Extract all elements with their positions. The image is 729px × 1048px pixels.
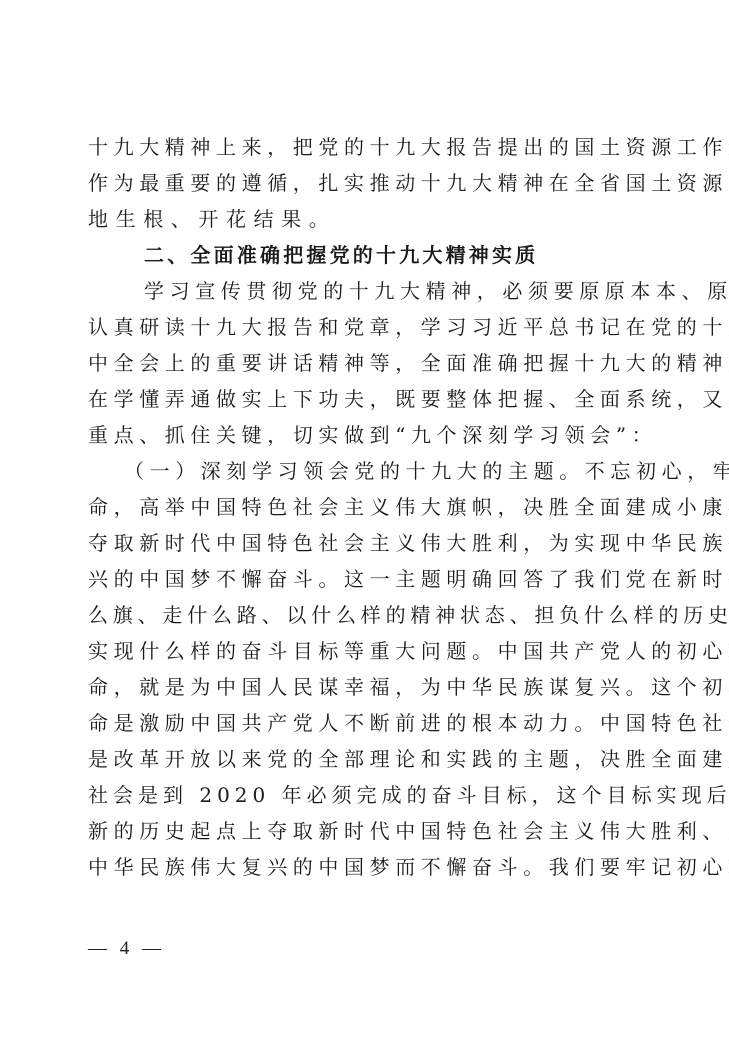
text-line: 重点、抓住关键，切实做到“九个深刻学习领会”：: [88, 417, 658, 453]
text-line: 么旗、走什么路、以什么样的精神状态、担负什么样的历史使命、: [88, 597, 658, 633]
text-line: 社会是到 2020 年必须完成的奋斗目标，这个目标实现后，要在: [88, 777, 658, 813]
text-line: 夺取新时代中国特色社会主义伟大胜利，为实现中华民族伟大复: [88, 525, 658, 561]
text-line: 命是激励中国共产党人不断前进的根本动力。中国特色社会主义: [88, 705, 658, 741]
text-line: 兴的中国梦不懈奋斗。这一主题明确回答了我们党在新时代举什: [88, 561, 658, 597]
text-line: 中全会上的重要讲话精神等，全面准确把握十九大的精神实质，: [88, 345, 658, 381]
text-line: 认真研读十九大报告和党章，学习习近平总书记在党的十九届一: [88, 309, 658, 345]
subsection-first-line: （一）深刻学习领会党的十九大的主题。不忘初心，牢记使: [88, 453, 658, 489]
text-line: 十九大精神上来，把党的十九大报告提出的国土资源工作新要求: [88, 129, 658, 165]
text-line: 是改革开放以来党的全部理论和实践的主题，决胜全面建成小康: [88, 741, 658, 777]
text-line: 新的历史起点上夺取新时代中国特色社会主义伟大胜利、为实现: [88, 813, 658, 849]
paragraph-first-line: 学习宣传贯彻党的十九大精神，必须要原原本本、原汁原味: [88, 273, 658, 309]
text-line: 实现什么样的奋斗目标等重大问题。中国共产党人的初心和使: [88, 633, 658, 669]
body-text: 十九大精神上来，把党的十九大报告提出的国土资源工作新要求 作为最重要的遵循，扎实…: [88, 129, 658, 885]
document-page: 十九大精神上来，把党的十九大报告提出的国土资源工作新要求 作为最重要的遵循，扎实…: [0, 0, 729, 1048]
page-number: — 4 —: [88, 938, 165, 960]
text-line: 中华民族伟大复兴的中国梦而不懈奋斗。我们要牢记初心和使: [88, 849, 658, 885]
text-line: 在学懂弄通做实上下功夫，既要整体把握、全面系统，又要突出: [88, 381, 658, 417]
text-line: 命，高举中国特色社会主义伟大旗帜，决胜全面建成小康社会，: [88, 489, 658, 525]
text-line: 作为最重要的遵循，扎实推动十九大精神在全省国土资源系统落: [88, 165, 658, 201]
text-line: 地生根、开花结果。: [88, 201, 658, 237]
section-heading: 二、全面准确把握党的十九大精神实质: [88, 237, 658, 273]
text-line: 命，就是为中国人民谋幸福，为中华民族谋复兴。这个初心和使: [88, 669, 658, 705]
